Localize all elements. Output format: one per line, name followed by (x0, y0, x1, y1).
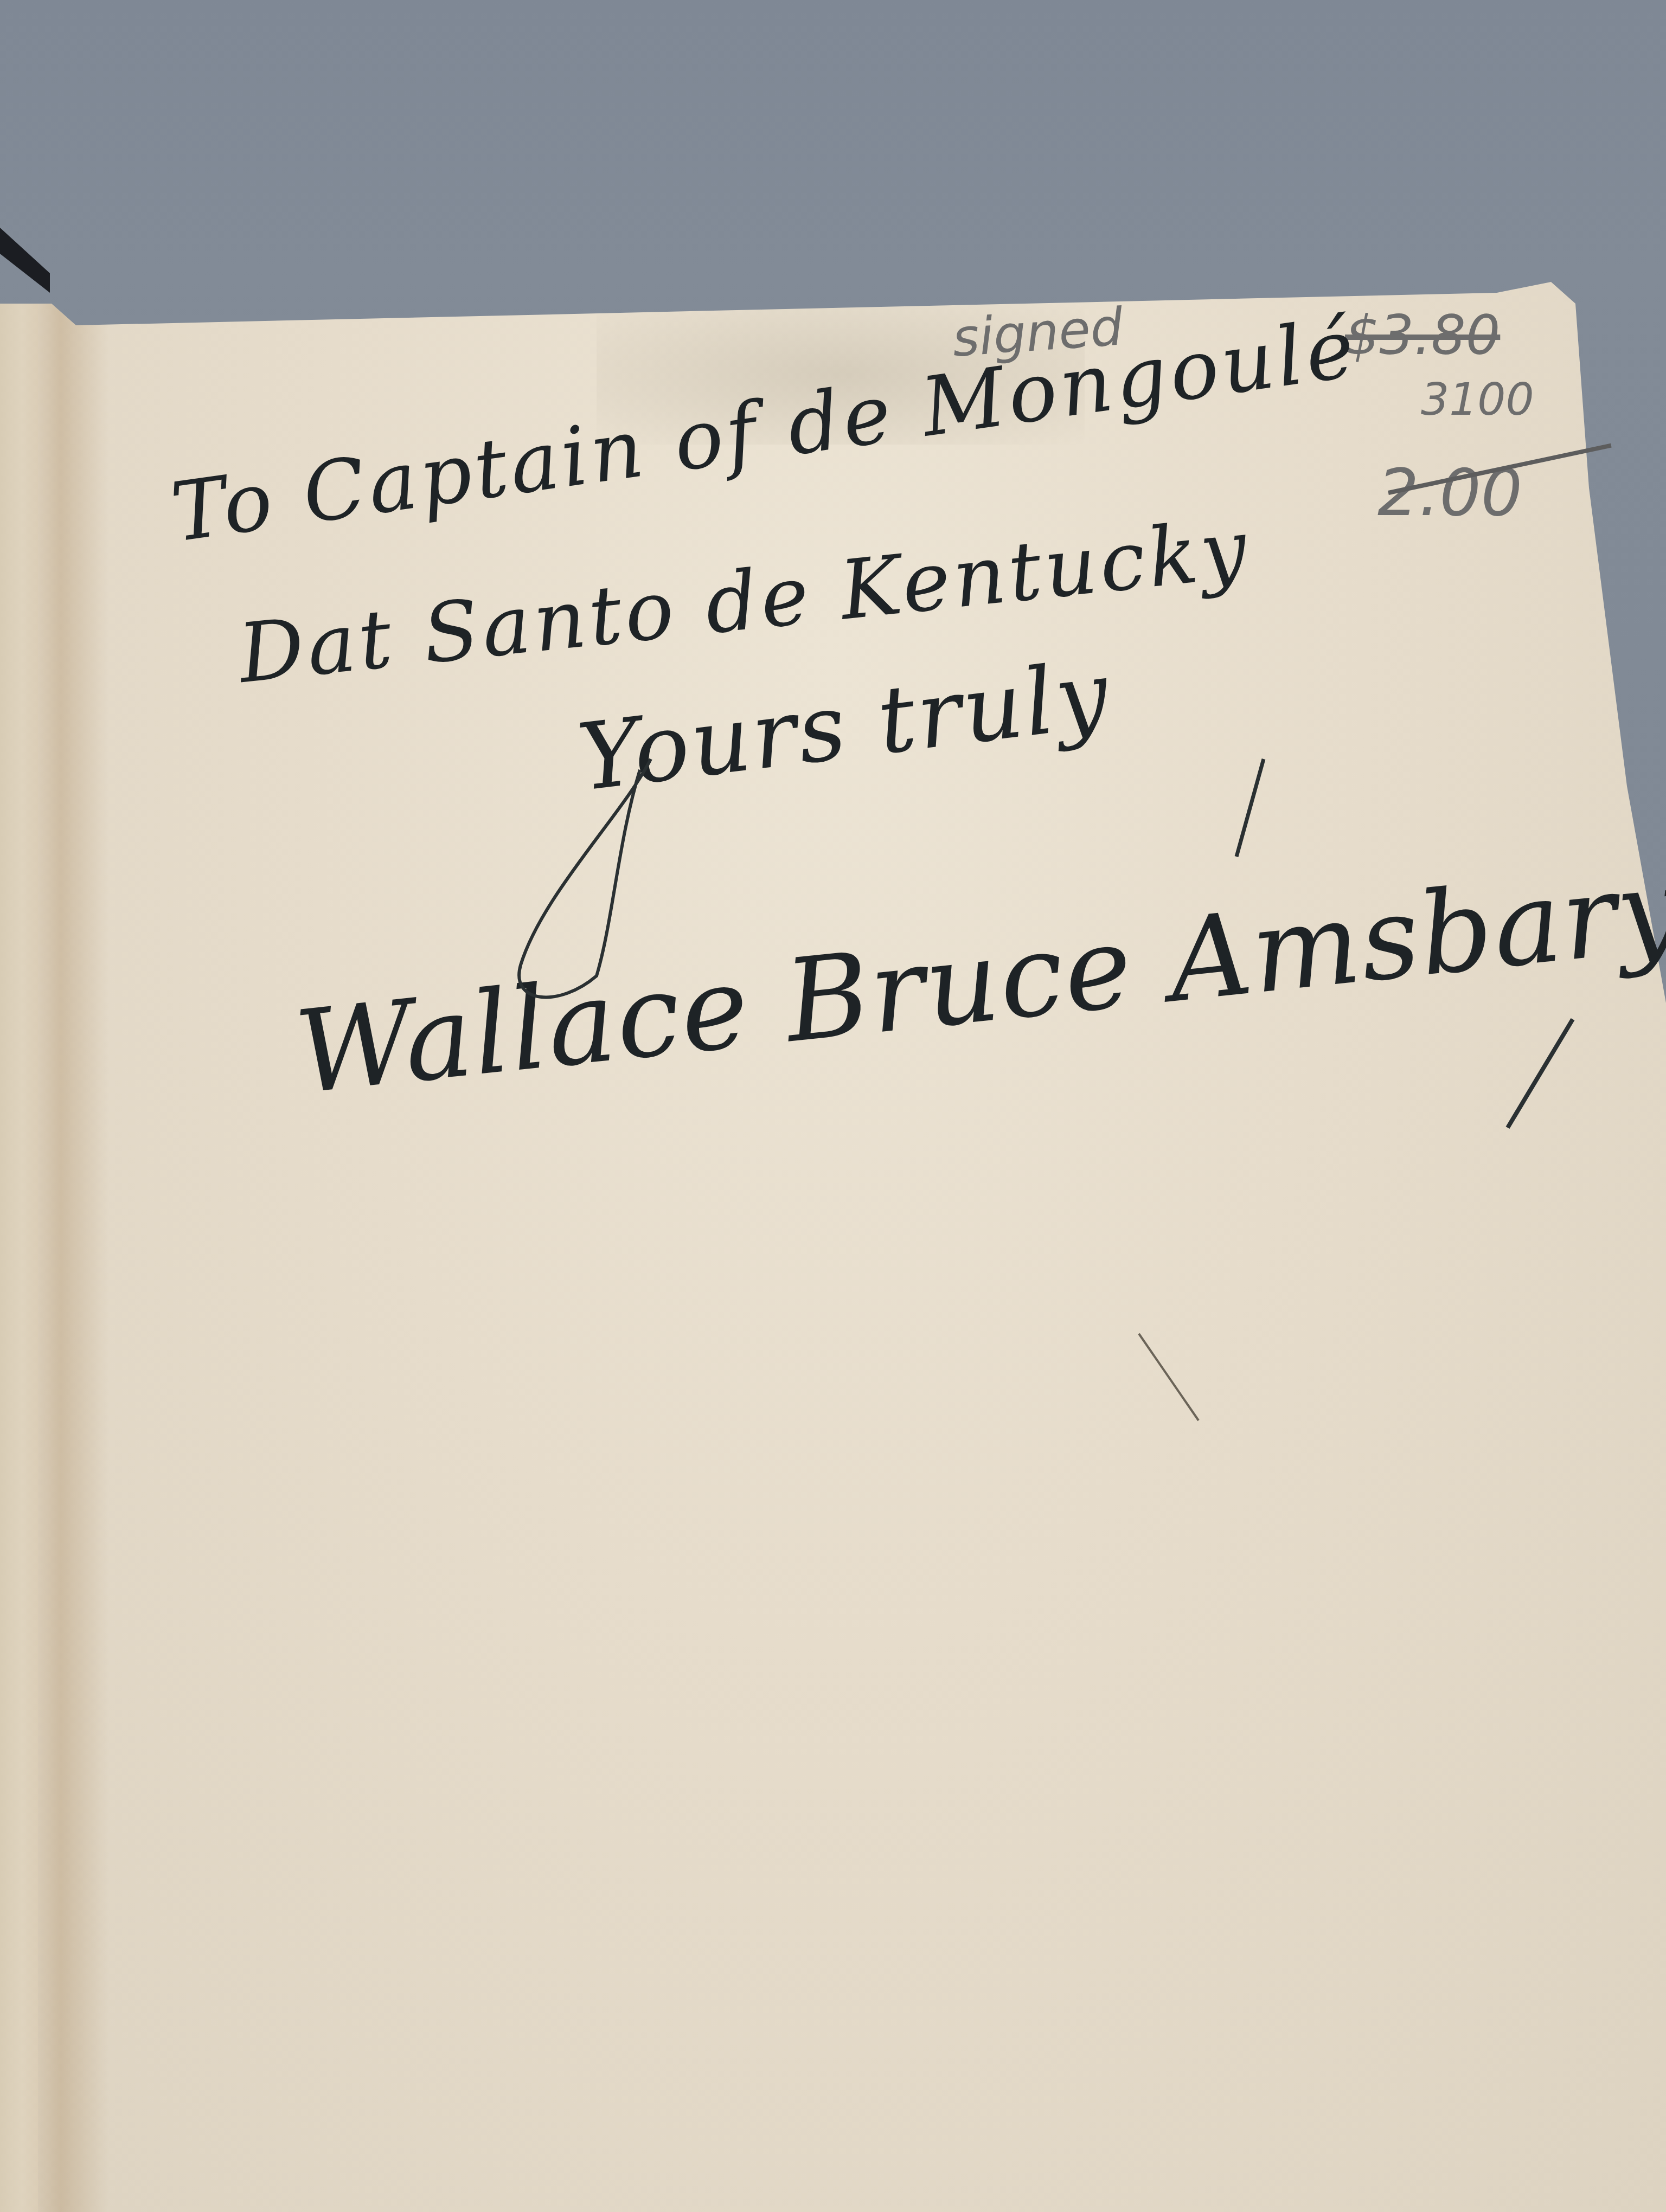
stray-pencil-mark (1139, 1334, 1199, 1420)
handwriting-flourishes (0, 0, 1666, 2212)
y-loop-flourish (519, 759, 651, 997)
signature-tail-stroke (1508, 1019, 1573, 1128)
y-descender-stroke (1236, 759, 1264, 857)
